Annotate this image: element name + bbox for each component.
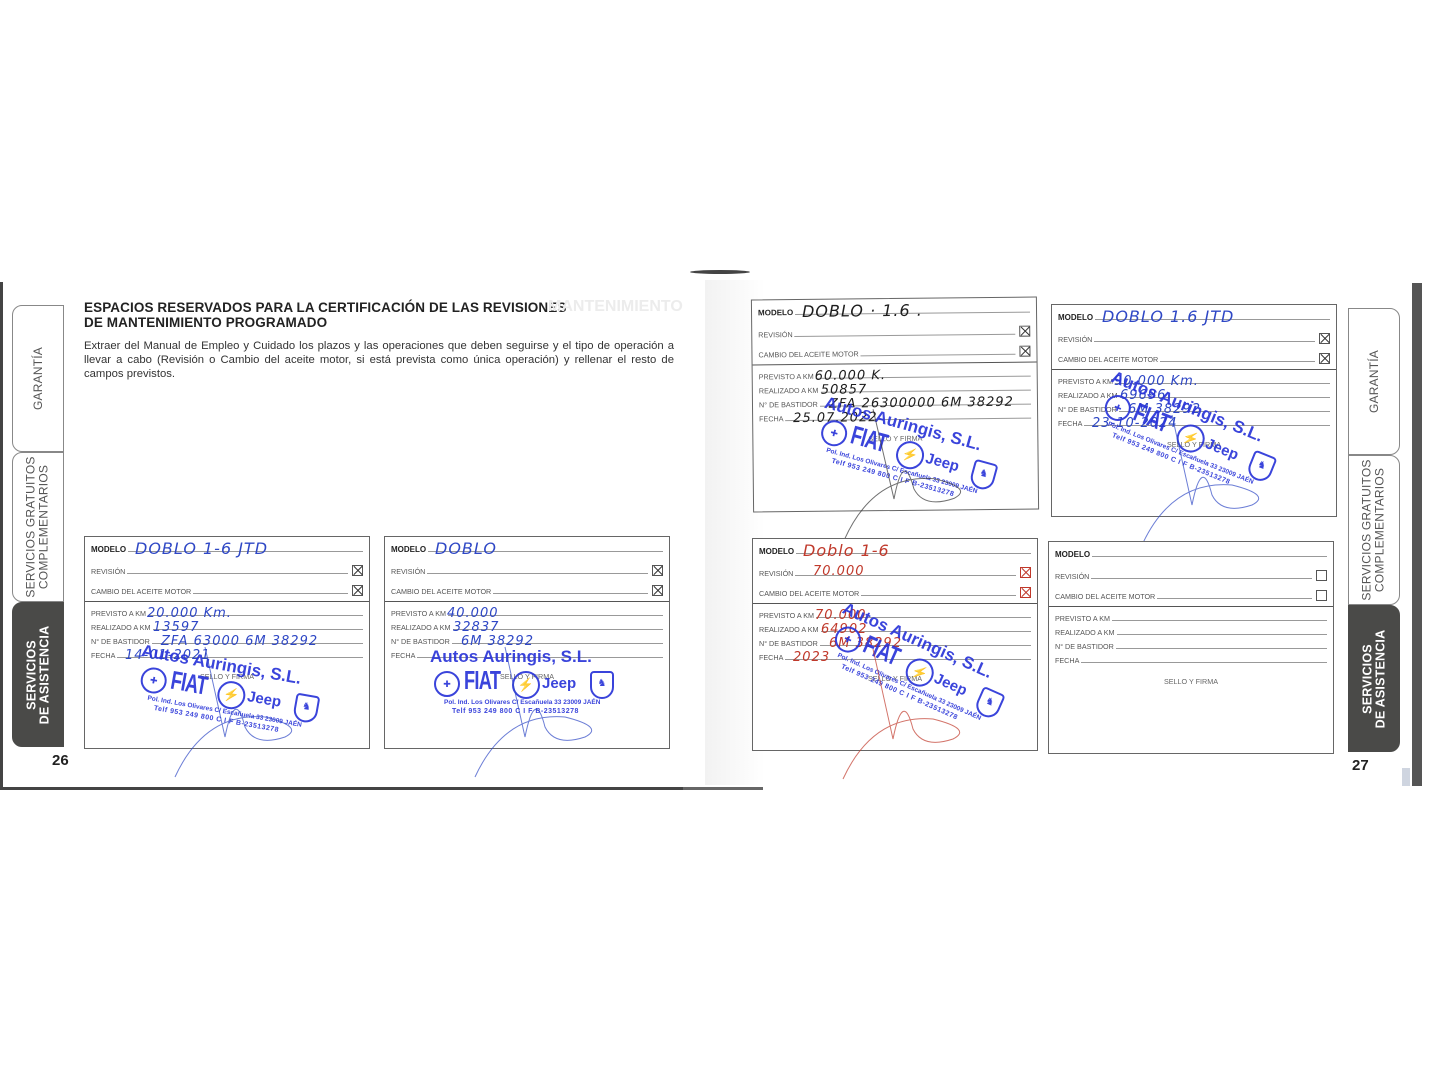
fiat-logo-icon: FIAT <box>464 665 500 696</box>
field-label: REALIZADO A km <box>391 623 453 632</box>
field-label: FECHA <box>1055 656 1081 665</box>
alfa-romeo-logo-icon: ✚ <box>1101 391 1135 425</box>
section-divider <box>753 362 1037 366</box>
handwritten-value: ZFA 63000 6M 38292 <box>161 634 318 649</box>
jeep-logo-icon: Jeep <box>924 450 961 475</box>
oil-change-checkbox[interactable] <box>1019 346 1030 357</box>
handwritten-value: DOBLO <box>435 539 497 558</box>
tab-label: GARANTÍA <box>32 347 45 410</box>
right-page-edge <box>1412 283 1422 786</box>
oil-change-field[interactable]: CAMBIO DEL ACEITE MOTOR <box>758 346 1030 360</box>
jeep-logo-icon: Jeep <box>542 675 576 692</box>
field-label: FECHA <box>91 651 117 660</box>
field-label: REVISIÓN <box>758 330 794 339</box>
revision-field[interactable]: REVISIÓN <box>759 567 1031 578</box>
revision-checkbox[interactable] <box>352 565 363 576</box>
page-number-right: 27 <box>1352 757 1369 774</box>
field-label: MODELO <box>391 545 428 554</box>
tab-label: SERVICIOSDE ASISTENCIA <box>25 625 51 724</box>
field-underline <box>861 595 1016 596</box>
field-label: MODELO <box>1055 550 1092 559</box>
dealer-stamp: Autos Auringis, S.L.✚FIAT⚡Jeep♞Pol. Ind.… <box>430 647 620 727</box>
field-label: CAMBIO DEL ACEITE MOTOR <box>91 587 193 596</box>
page-title: ESPACIOS RESERVADOS PARA LA CERTIFICACIÓ… <box>84 300 604 330</box>
dealer-stamp: Autos Auringis, S.L.✚FIAT⚡Jeep♞Pol. Ind.… <box>1086 367 1292 512</box>
tab-label: SERVICIOS GRATUITOSCOMPLEMENTARIOS <box>1361 459 1387 600</box>
alfa-romeo-logo-icon: ✚ <box>434 671 460 697</box>
oil-change-field[interactable]: CAMBIO DEL ACEITE MOTOR <box>91 585 363 596</box>
field-label: N° DE BASTIDOR <box>759 400 820 410</box>
page-number-left: 26 <box>52 752 69 769</box>
planned-km-field[interactable]: PREVISTO A km <box>759 611 1031 620</box>
abarth-logo-icon: ♞ <box>590 671 614 699</box>
bleed-through-text: MANTENIMIENTO <box>548 298 683 316</box>
oil-change-field[interactable]: CAMBIO DEL ACEITE MOTOR <box>1055 590 1327 601</box>
field-label: FECHA <box>1058 419 1084 428</box>
field-label: PREVISTO A km <box>91 609 148 618</box>
stamp-dealer-name: Autos Auringis, S.L. <box>430 647 592 667</box>
service-record-card: MODELOREVISIÓNCAMBIO DEL ACEITE MOTORPRE… <box>1048 541 1334 754</box>
actual-km-field[interactable]: REALIZADO A km <box>391 623 663 632</box>
field-underline <box>1092 556 1327 557</box>
opel-logo-icon: ⚡ <box>512 671 540 699</box>
stamp-phone-cif: Telf 953 249 800 C I F B-23513278 <box>452 708 579 715</box>
revision-field[interactable]: REVISIÓN <box>1055 570 1327 581</box>
field-underline <box>1094 341 1315 342</box>
modelo-field[interactable]: MODELO <box>1055 550 1327 559</box>
handwritten-value: 70.000 <box>813 564 865 579</box>
section-divider <box>85 601 369 602</box>
handwritten-value: 32837 <box>453 620 499 635</box>
field-label: N° DE BASTIDOR <box>391 637 452 646</box>
book-spine <box>690 270 750 274</box>
oil-change-field[interactable]: CAMBIO DEL ACEITE MOTOR <box>759 587 1031 598</box>
field-label: REALIZADO A km <box>1055 628 1117 637</box>
field-underline <box>427 573 648 574</box>
service-record-card: MODELODOBLO 1.6 JTDREVISIÓNCAMBIO DEL AC… <box>1051 304 1337 517</box>
planned-km-field[interactable]: PREVISTO A km <box>391 609 663 618</box>
field-label: MODELO <box>91 545 128 554</box>
modelo-field[interactable]: MODELO <box>759 547 1031 556</box>
field-label: CAMBIO DEL ACEITE MOTOR <box>758 349 860 359</box>
handwritten-value: 40.000 <box>447 606 499 621</box>
fiat-logo-icon: FIAT <box>168 665 209 702</box>
field-label: CAMBIO DEL ACEITE MOTOR <box>1055 592 1157 601</box>
actual-km-field[interactable]: REALIZADO A km <box>91 623 363 632</box>
revision-checkbox[interactable] <box>1020 567 1031 578</box>
actual-km-field[interactable]: REALIZADO A km <box>759 384 1031 396</box>
service-record-card: MODELODoblo 1-6REVISIÓN70.000CAMBIO DEL … <box>752 538 1038 751</box>
oil-change-checkbox[interactable] <box>1319 353 1330 364</box>
right-page-edge-strip <box>1402 768 1410 786</box>
field-underline <box>1157 598 1312 599</box>
abarth-logo-icon: ♞ <box>292 693 320 725</box>
stamp-signature-label: SELLO Y FIRMA <box>1049 677 1333 686</box>
tab-servicios-gratuitos-right[interactable]: SERVICIOS GRATUITOSCOMPLEMENTARIOS <box>1348 455 1400 605</box>
section-divider <box>1049 606 1333 607</box>
revision-checkbox[interactable] <box>1019 326 1030 337</box>
field-underline <box>193 593 348 594</box>
section-divider <box>753 603 1037 604</box>
field-label: N° DE BASTIDOR <box>1055 642 1116 651</box>
field-label: PREVISTO A km <box>391 609 448 618</box>
field-label: CAMBIO DEL ACEITE MOTOR <box>391 587 493 596</box>
field-label: REALIZADO A km <box>759 386 821 396</box>
jeep-logo-icon: Jeep <box>1203 435 1241 464</box>
handwritten-value: Doblo 1-6 <box>803 541 890 560</box>
field-underline <box>127 573 348 574</box>
oil-change-field[interactable]: CAMBIO DEL ACEITE MOTOR <box>391 585 663 596</box>
field-label: FECHA <box>391 651 417 660</box>
service-record-card: MODELODOBLOREVISIÓNCAMBIO DEL ACEITE MOT… <box>384 536 670 749</box>
field-label: PREVISTO A km <box>1055 614 1112 623</box>
revision-field[interactable]: REVISIÓN <box>1058 333 1330 344</box>
oil-change-field[interactable]: CAMBIO DEL ACEITE MOTOR <box>1058 353 1330 364</box>
tab-garantia-right[interactable]: GARANTÍA <box>1348 308 1400 455</box>
field-underline <box>861 354 1016 357</box>
field-underline <box>1116 648 1327 649</box>
field-label: MODELO <box>758 308 795 317</box>
field-underline <box>1091 578 1312 579</box>
oil-change-checkbox[interactable] <box>652 585 663 596</box>
field-label: PREVISTO A km <box>759 611 816 620</box>
field-underline <box>1081 662 1327 663</box>
revision-field[interactable]: REVISIÓN <box>91 565 363 576</box>
field-label: FECHA <box>759 414 785 423</box>
field-underline <box>493 593 648 594</box>
revision-field[interactable]: REVISIÓN <box>758 326 1030 340</box>
revision-checkbox[interactable] <box>652 565 663 576</box>
field-label: MODELO <box>1058 313 1095 322</box>
oil-change-checkbox[interactable] <box>1316 590 1327 601</box>
field-label: PREVISTO A km <box>1058 377 1115 386</box>
stamp-address: Pol. Ind. Los Olivares C/ Escañuela 33 2… <box>444 699 600 706</box>
tab-label: GARANTÍA <box>1368 350 1381 413</box>
field-label: REVISIÓN <box>1055 572 1091 581</box>
section-divider <box>1052 369 1336 370</box>
field-label: FECHA <box>759 653 785 662</box>
field-label: REALIZADO A km <box>91 623 153 632</box>
tab-servicios-asistencia-right[interactable]: SERVICIOSDE ASISTENCIA <box>1348 605 1400 752</box>
tab-garantia-left[interactable]: GARANTÍA <box>12 305 64 452</box>
field-underline <box>1160 361 1315 362</box>
field-label: CAMBIO DEL ACEITE MOTOR <box>1058 355 1160 364</box>
jeep-logo-icon: Jeep <box>246 688 283 711</box>
field-underline <box>1117 634 1327 635</box>
handwritten-value: DOBLO · 1.6 . <box>802 301 923 321</box>
alfa-romeo-logo-icon: ✚ <box>818 417 850 449</box>
intro-paragraph: Extraer del Manual de Empleo y Cuidado l… <box>84 339 674 381</box>
revision-checkbox[interactable] <box>1316 570 1327 581</box>
tab-servicios-asistencia-left[interactable]: SERVICIOSDE ASISTENCIA <box>12 602 64 747</box>
field-label: REALIZADO A km <box>759 625 821 634</box>
field-label: PREVISTO A km <box>759 372 816 382</box>
chassis-number-field[interactable]: N° DE BASTIDOR <box>1055 642 1327 651</box>
tab-label: SERVICIOS GRATUITOSCOMPLEMENTARIOS <box>25 456 51 597</box>
service-record-card: MODELODOBLO 1-6 JTDREVISIÓNCAMBIO DEL AC… <box>84 536 370 749</box>
actual-km-field[interactable]: REALIZADO A km <box>1055 628 1327 637</box>
alfa-romeo-logo-icon: ✚ <box>139 665 169 695</box>
revision-field[interactable]: REVISIÓN <box>391 565 663 576</box>
section-divider <box>385 601 669 602</box>
modelo-field[interactable]: MODELO <box>391 545 663 554</box>
field-label: REVISIÓN <box>1058 335 1094 344</box>
tab-label: SERVICIOSDE ASISTENCIA <box>1361 629 1387 728</box>
handwritten-value: 13597 <box>153 620 199 635</box>
oil-change-checkbox[interactable] <box>1020 587 1031 598</box>
service-record-card: MODELODOBLO · 1.6 .REVISIÓNCAMBIO DEL AC… <box>751 297 1039 513</box>
field-label: N° DE BASTIDOR <box>759 639 820 648</box>
date-field[interactable]: FECHA <box>1055 656 1327 665</box>
dealer-stamp: Autos Auringis, S.L.✚FIAT⚡Jeep♞Pol. Ind.… <box>815 599 1021 749</box>
field-label: MODELO <box>759 547 796 556</box>
field-label: REVISIÓN <box>91 567 127 576</box>
handwritten-value: DOBLO 1-6 JTD <box>135 539 268 558</box>
field-label: CAMBIO DEL ACEITE MOTOR <box>759 589 861 598</box>
field-label: REVISIÓN <box>391 567 427 576</box>
booklet-spread: GARANTÍA SERVICIOS GRATUITOSCOMPLEMENTAR… <box>0 0 1440 1080</box>
oil-change-checkbox[interactable] <box>352 585 363 596</box>
field-underline <box>1112 620 1327 621</box>
tab-servicios-gratuitos-left[interactable]: SERVICIOS GRATUITOSCOMPLEMENTARIOS <box>12 452 64 602</box>
planned-km-field[interactable]: PREVISTO A km <box>1055 614 1327 623</box>
field-label: REVISIÓN <box>759 569 795 578</box>
field-underline <box>795 334 1016 337</box>
planned-km-field[interactable]: PREVISTO A km <box>759 370 1031 382</box>
handwritten-value: 20.000 Km. <box>147 606 232 621</box>
handwritten-value: DOBLO 1.6 JTD <box>1102 307 1234 326</box>
revision-checkbox[interactable] <box>1319 333 1330 344</box>
